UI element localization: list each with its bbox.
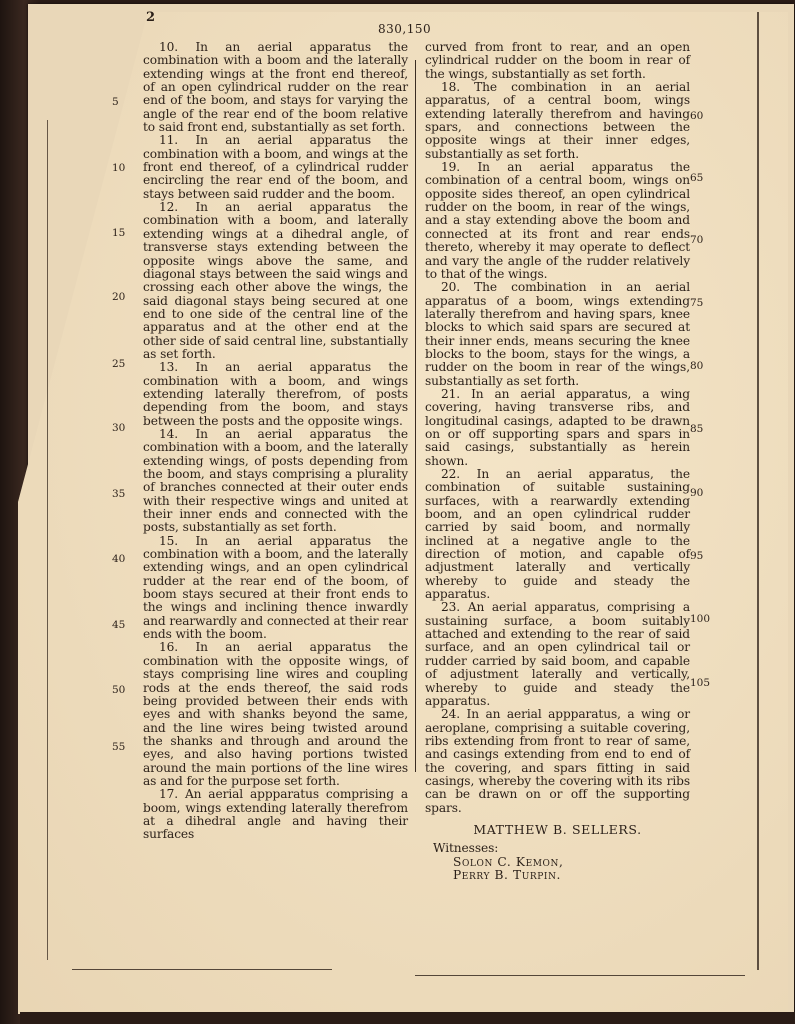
line-number: 15 — [112, 227, 125, 239]
claim-18: 18. The combination in an aerial apparat… — [425, 81, 690, 161]
claim-15: 15. In an aerial apparatus the combinati… — [143, 535, 408, 642]
line-number: 30 — [112, 422, 125, 434]
claim-17: 17. An aerial appparatus comprising a bo… — [143, 788, 408, 841]
claim-19: 19. In an aerial apparatus the combinati… — [425, 161, 690, 281]
claim-13: 13. In an aerial apparatus the combinati… — [143, 361, 408, 428]
claim-11: 11. In an aerial apparatus the combinati… — [143, 134, 408, 201]
claim-23: 23. An aerial apparatus, comprising a su… — [425, 601, 690, 708]
claim-16: 16. In an aerial apparatus the combinati… — [143, 641, 408, 788]
witnesses-label: Witnesses: — [433, 842, 690, 855]
claim-10: 10. In an aerial apparatus the combinati… — [143, 41, 408, 134]
page-border-bottom — [415, 975, 745, 976]
line-number: 80 — [690, 360, 703, 372]
line-number: 75 — [690, 297, 703, 309]
claim-12: 12. In an aerial apparatus the combinati… — [143, 201, 408, 361]
right-column: curved from front to rear, and an open c… — [425, 41, 690, 882]
witness-name: Perry B. Turpin. — [453, 869, 690, 882]
line-number: 100 — [690, 613, 710, 625]
line-number: 5 — [112, 96, 119, 108]
line-number: 60 — [690, 110, 703, 122]
line-number: 45 — [112, 619, 125, 631]
page-border-bottom — [72, 969, 332, 970]
line-number: 25 — [112, 358, 125, 370]
line-number: 65 — [690, 172, 703, 184]
line-number: 20 — [112, 291, 125, 303]
line-number: 85 — [690, 423, 703, 435]
page-corner-mark: 2 — [146, 10, 155, 25]
claim-22: 22. In an aerial apparatus, the combinat… — [425, 468, 690, 601]
left-column: 10. In an aerial apparatus the combinati… — [143, 41, 408, 842]
page-border-left — [47, 120, 48, 960]
claim-17-continuation: curved from front to rear, and an open c… — [425, 41, 690, 81]
column-divider — [415, 60, 416, 772]
claim-20: 20. The combination in an aerial apparat… — [425, 281, 690, 388]
dark-background-bottom — [20, 1012, 795, 1024]
line-number: 50 — [112, 684, 125, 696]
line-number: 70 — [690, 234, 703, 246]
claim-24: 24. In an aerial appparatus, a wing or a… — [425, 708, 690, 815]
claim-21: 21. In an aerial apparatus, a wing cover… — [425, 388, 690, 468]
line-number: 105 — [690, 677, 710, 689]
page-border-right — [757, 12, 759, 970]
line-number: 10 — [112, 162, 125, 174]
claim-14: 14. In an aerial apparatus the combinati… — [143, 428, 408, 535]
line-number: 95 — [690, 550, 703, 562]
line-number: 40 — [112, 553, 125, 565]
patent-number: 830,150 — [378, 22, 431, 36]
line-number: 35 — [112, 488, 125, 500]
inventor-signature: MATTHEW B. SELLERS. — [425, 823, 690, 836]
line-number: 90 — [690, 487, 703, 499]
line-number: 55 — [112, 741, 125, 753]
witness-name: Solon C. Kemon, — [453, 856, 690, 869]
